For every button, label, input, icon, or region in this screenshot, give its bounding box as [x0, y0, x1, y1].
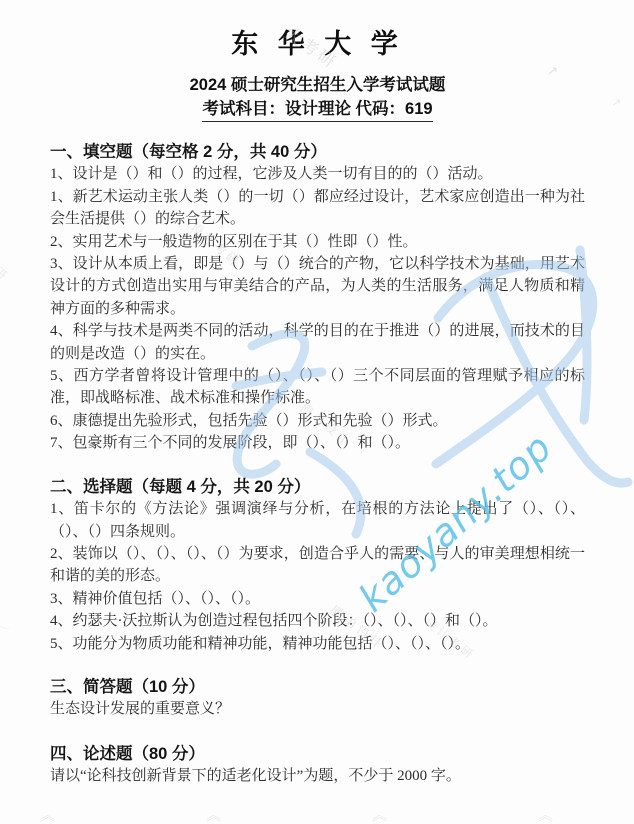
question-item: 2、实用艺术与一般造物的区别在于其（）性即（）性。 [50, 231, 585, 253]
question-item: 5、西方学者曾将设计管理中的（）、（）、（）三个不同层面的管理赋予相应的标准，即… [50, 365, 585, 410]
section-heading: 一、填空题（每空格 2 分，共 40 分） [50, 141, 585, 163]
scan-artifact-chevron: ︽ [538, 804, 553, 824]
question-item: 生态设计发展的重要意义？ [50, 698, 585, 720]
question-item: 请以“论科技创新背景下的适老化设计”为题，不少于 2000 字。 [50, 765, 585, 787]
subject-code-underlined-text: 考试科目：设计理论 代码：619 [202, 98, 432, 122]
section-heading: 二、选择题（每题 4 分，共 20 分） [50, 476, 585, 498]
exam-paper-page: 东 华 大 学 2024 硕士研究生招生入学考试试题 考试科目：设计理论 代码：… [0, 0, 634, 824]
section-short-answer: 三、简答题（10 分） 生态设计发展的重要意义？ [50, 676, 585, 721]
subject-code-line: 考试科目：设计理论 代码：619 [50, 98, 585, 122]
question-item: 1、设计是（）和（）的过程，它涉及人类一切有目的的（）活动。 [50, 163, 585, 185]
section-heading: 四、论述题（80 分） [50, 743, 585, 765]
question-item: 4、约瑟夫·沃拉斯认为创造过程包括四个阶段：（）、（）、（）和（）。 [50, 610, 585, 632]
exam-subtitle: 2024 硕士研究生招生入学考试试题 [50, 74, 585, 96]
question-item: 3、精神价值包括（）、（）、（）。 [50, 588, 585, 610]
section-multiple-choice: 二、选择题（每题 4 分，共 20 分） 1、笛卡尔的《方法论》强调演绎与分析，… [50, 476, 585, 655]
question-item: 5、功能分为物质功能和精神功能，精神功能包括（）、（）、（）。 [50, 633, 585, 655]
question-item: 1、笛卡尔的《方法论》强调演绎与分析，在培根的方法论上提出了（）、（）、（）、（… [50, 498, 585, 543]
question-item: 7、包豪斯有三个不同的发展阶段，即（）、（）和（）。 [50, 432, 585, 454]
section-heading: 三、简答题（10 分） [50, 676, 585, 698]
question-item: 3、设计从本质上看，即是（）与（）统合的产物，它以科学技术为基础，用艺术设计的方… [50, 253, 585, 320]
section-essay: 四、论述题（80 分） 请以“论科技创新背景下的适老化设计”为题，不少于 200… [50, 743, 585, 788]
section-fill-in-the-blanks: 一、填空题（每空格 2 分，共 40 分） 1、设计是（）和（）的过程，它涉及人… [50, 141, 585, 455]
question-item: 2、装饰以（）、（）、（）、（）为要求，创造合乎人的需要、与人的审美理想相统一和… [50, 543, 585, 588]
university-title: 东 华 大 学 [50, 28, 585, 60]
question-item: 1、新艺术运动主张人类（）的一切（）都应经过设计，艺术家应创造出一种为社会生活提… [50, 186, 585, 231]
scan-artifact-chevron: ︽ [206, 804, 221, 824]
question-item: 4、科学与技术是两类不同的活动，科学的目的在于推进（）的进展，而技术的目的则是改… [50, 320, 585, 365]
scan-artifact-chevron: ︽ [372, 804, 387, 824]
document-content: 东 华 大 学 2024 硕士研究生招生入学考试试题 考试科目：设计理论 代码：… [0, 0, 634, 788]
question-item: 6、康德提出先验形式，包括先验（）形式和先验（）形式。 [50, 410, 585, 432]
scan-artifact-chevron: ︽ [40, 804, 55, 824]
